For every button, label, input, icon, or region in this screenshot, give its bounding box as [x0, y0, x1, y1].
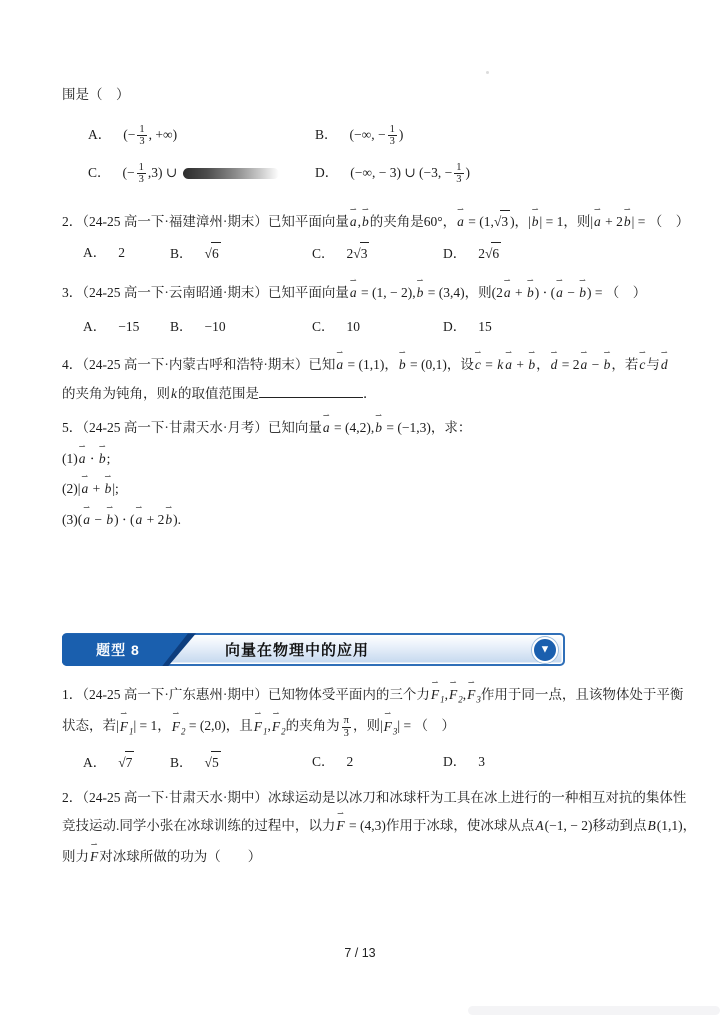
text-run: (−1, − 2)移动到点	[545, 818, 647, 833]
text-run: = 2	[558, 357, 579, 372]
vector-arrow-icon: ⇀	[336, 349, 343, 357]
text-run: + 2	[602, 214, 623, 229]
vector-symbol: F⇀3	[466, 687, 481, 702]
vector-letter: F⇀	[448, 684, 458, 706]
vector-symbol: b⇀	[164, 512, 173, 527]
vector-symbol: b⇀	[105, 512, 114, 527]
text-run: (−∞, − 3) ∪ (−3, −	[350, 165, 452, 180]
option-label: A．	[83, 319, 106, 334]
vector-symbol: b⇀	[361, 214, 370, 229]
vector-arrow-icon: ⇀	[99, 443, 106, 451]
vector-letter: b⇀	[164, 509, 173, 531]
vector-arrow-icon: ⇀	[579, 277, 586, 285]
option-label: D．	[443, 246, 466, 261]
vector-symbol: F⇀2	[448, 687, 463, 702]
vector-symbol: b⇀	[98, 451, 107, 466]
fraction-denominator: 3	[342, 728, 351, 739]
vector-letter: a⇀	[504, 354, 513, 376]
option-label: B．	[170, 755, 193, 770]
vector-symbol: a⇀	[135, 512, 144, 527]
text-run: = (−1,3)，求：	[383, 420, 471, 435]
text-run: 2．（24-25 高一下·福建漳州·期末）已知平面向量	[62, 214, 349, 229]
worksheet-page: 围是（ ）A．(−13, +∞)B．(−∞, −13)C．(−13,3) ∪D．…	[0, 0, 720, 1018]
vector-letter: a⇀	[456, 211, 465, 233]
text-run: = (3,4)，则(2	[424, 285, 502, 300]
physics-q2-line-2: 竞技运动.同学小张在冰球训练的过程中，以力F⇀ = (4,3)作用于冰球，使冰球…	[62, 815, 662, 837]
text-run: 对冰球所做的功为（ ）	[99, 849, 261, 864]
vector-letter: F⇀	[89, 846, 99, 868]
answer-blank-line	[259, 384, 363, 399]
vector-arrow-icon: ⇀	[661, 349, 668, 357]
vector-arrow-icon: ⇀	[273, 710, 280, 718]
text-run: −	[91, 512, 105, 527]
radicand: 5	[211, 751, 221, 774]
question-3-stem: 3．（24-25 高一下·云南昭通·期末）已知平面向量a⇀ = (1, − 2)…	[62, 282, 662, 304]
text-run: (−∞, −	[350, 127, 386, 142]
vector-letter: a⇀	[593, 211, 602, 233]
option-c: C．10	[312, 316, 443, 338]
text-run: ,3) ∪	[148, 165, 177, 180]
vector-symbol: a⇀	[504, 357, 513, 372]
text-run: −	[588, 357, 602, 372]
text-run: +	[512, 285, 526, 300]
option-b: B．(−∞, −13)	[315, 124, 403, 148]
radicand: 3	[500, 210, 510, 233]
square-root: √5	[205, 755, 221, 770]
option-label: B．	[170, 319, 193, 334]
vector-arrow-icon: ⇀	[323, 412, 330, 420]
option-label: C．	[312, 754, 335, 769]
text-run: 2	[478, 246, 485, 261]
text-run: )，|	[510, 214, 531, 229]
option-a: A．√7	[83, 751, 170, 774]
vector-letter: b⇀	[361, 211, 370, 233]
question-4-line-2: 的夹角为钝角，则k的取值范围是．	[62, 383, 662, 405]
italic-variable: B	[646, 818, 656, 833]
option-label: C．	[312, 319, 335, 334]
option-label: A．	[83, 755, 106, 770]
text-run: 1．（24-25 高一下·广东惠州·期中）已知物体受平面内的三个力	[62, 687, 430, 702]
option-label: A．	[88, 127, 111, 142]
vector-letter: a⇀	[349, 211, 358, 233]
option-a: A．(−13, +∞)	[88, 124, 315, 148]
text-run: = (0,1)，设	[407, 357, 474, 372]
fraction-denominator: 3	[137, 136, 146, 147]
vector-arrow-icon: ⇀	[79, 443, 86, 451]
question-5-part-2: (2)|a⇀ + b⇀|;	[62, 478, 662, 500]
page-number: 7 / 13	[0, 946, 720, 960]
vector-letter: F⇀	[253, 716, 263, 738]
vector-symbol: F⇀2	[271, 719, 286, 734]
fraction: 13	[137, 124, 146, 148]
option-label: C．	[88, 165, 111, 180]
text-run: −10	[205, 319, 226, 334]
fraction-denominator: 3	[137, 174, 146, 185]
fraction: 13	[454, 162, 463, 186]
vector-arrow-icon: ⇀	[173, 710, 180, 718]
vector-arrow-icon: ⇀	[106, 504, 113, 512]
vector-arrow-icon: ⇀	[505, 349, 512, 357]
vector-arrow-icon: ⇀	[350, 206, 357, 214]
vector-letter: a⇀	[80, 478, 89, 500]
topic-tag-label: 题型 8	[96, 640, 154, 660]
option-b: B．−10	[170, 316, 312, 338]
vector-symbol: F⇀1	[119, 719, 134, 734]
vector-arrow-icon: ⇀	[551, 349, 558, 357]
options-row-ab: A．(−13, +∞)B．(−∞, −13)	[62, 118, 662, 154]
vector-arrow-icon: ⇀	[532, 206, 539, 214]
vector-letter: b⇀	[526, 282, 535, 304]
vector-symbol: a⇀	[78, 451, 87, 466]
radicand: 7	[125, 751, 135, 774]
vector-arrow-icon: ⇀	[135, 504, 142, 512]
vector-arrow-icon: ⇀	[350, 277, 357, 285]
vector-letter: F⇀	[119, 716, 129, 738]
option-label: D．	[315, 165, 338, 180]
vector-letter: F⇀	[383, 716, 393, 738]
vector-symbol: a⇀	[335, 357, 344, 372]
vector-symbol: b⇀	[623, 214, 632, 229]
vector-arrow-icon: ⇀	[384, 710, 391, 718]
vector-symbol: b⇀	[416, 285, 425, 300]
vector-arrow-icon: ⇀	[457, 206, 464, 214]
option-label: B．	[170, 246, 193, 261]
italic-variable: k	[170, 386, 178, 401]
vector-letter: a⇀	[135, 509, 144, 531]
fraction-numerator: 1	[388, 124, 397, 136]
text-run: |;	[112, 481, 118, 496]
option-label: C．	[312, 246, 335, 261]
text-run: =	[482, 357, 496, 372]
text-run: ) ⋅ (	[535, 285, 555, 300]
vector-letter: F⇀	[171, 716, 181, 738]
text-run: 3．（24-25 高一下·云南昭通·期末）已知平面向量	[62, 285, 349, 300]
square-root: √3	[353, 246, 369, 261]
collapse-button[interactable]: ▼	[532, 637, 558, 663]
option-c: C．2	[312, 751, 443, 773]
vector-arrow-icon: ⇀	[580, 349, 587, 357]
fraction-numerator: 1	[137, 124, 146, 136]
text-run: 的夹角为钝角，则	[62, 386, 170, 401]
physics-q1-options: A．√7B．√5C．2D．3	[62, 749, 662, 775]
vector-letter: a⇀	[555, 282, 564, 304]
vector-arrow-icon: ⇀	[81, 473, 88, 481]
vector-symbol: b⇀	[398, 357, 407, 372]
text-run: + 2	[143, 512, 164, 527]
text-run: 的夹角为	[286, 719, 340, 734]
question-2-stem: 2．（24-25 高一下·福建漳州·期末）已知平面向量a⇀,b⇀的夹角是60°，…	[62, 210, 662, 233]
vector-arrow-icon: ⇀	[527, 277, 534, 285]
vector-letter: b⇀	[98, 448, 107, 470]
option-d: D．15	[443, 316, 492, 338]
text-run: ⋅	[87, 451, 98, 466]
worksheet-content: 围是（ ）A．(−13, +∞)B．(−∞, −13)C．(−13,3) ∪D．…	[0, 0, 720, 868]
option-d: D．3	[443, 751, 485, 773]
vector-arrow-icon: ⇀	[556, 277, 563, 285]
text-run: 5．（24-25 高一下·甘肃天水·月考）已知向量	[62, 420, 322, 435]
question-2-options: A．2B．√6C．2√3D．2√6	[62, 240, 662, 266]
vector-symbol: F⇀	[335, 818, 345, 833]
fraction-denominator: 3	[388, 136, 397, 147]
option-label: D．	[443, 754, 466, 769]
square-root: √7	[118, 755, 134, 770]
text-run: = (2,0)，且	[186, 719, 253, 734]
text-run: (3)(	[62, 512, 82, 527]
vector-letter: d⇀	[550, 354, 559, 376]
text-run: 与	[646, 357, 660, 372]
vector-letter: b⇀	[374, 417, 383, 439]
physics-questions-section: 1．（24-25 高一下·广东惠州·期中）已知物体受平面内的三个力F⇀1,F⇀2…	[62, 684, 662, 868]
text-run: ) ⋅ (	[114, 512, 134, 527]
vector-letter: a⇀	[78, 448, 87, 470]
radicand: 3	[360, 242, 370, 265]
vector-symbol: b⇀	[104, 481, 113, 496]
vector-letter: c⇀	[474, 354, 482, 376]
vector-arrow-icon: ⇀	[254, 710, 261, 718]
vector-arrow-icon: ⇀	[91, 841, 98, 849]
fraction-denominator: 3	[454, 174, 463, 185]
question-3-options: A．−15B．−10C．10D．15	[62, 314, 662, 340]
vector-letter: b⇀	[104, 478, 113, 500]
text-run: 2	[118, 245, 125, 260]
text-run: (−	[123, 127, 135, 142]
text-run: 状态，若|	[62, 719, 119, 734]
vector-symbol: a⇀	[349, 285, 358, 300]
square-root: √6	[485, 246, 501, 261]
topic-title: 向量在物理中的应用	[225, 633, 369, 666]
vector-symbol: a⇀	[322, 420, 331, 435]
physics-q2-line-1: 2．（24-25 高一下·甘肃天水·期中）冰球运动是以冰刀和冰球杆为工具在冰上进…	[62, 787, 662, 809]
vector-symbol: a⇀	[82, 512, 91, 527]
text-run: 作用于同一点，且该物体处于平衡	[481, 687, 684, 702]
fraction-numerator: π	[342, 715, 351, 727]
vector-letter: b⇀	[105, 509, 114, 531]
vector-letter: b⇀	[623, 211, 632, 233]
option-a: A．2	[83, 242, 170, 264]
text-run: −15	[118, 319, 139, 334]
vector-symbol: F⇀1	[430, 687, 445, 702]
vector-symbol: b⇀	[527, 357, 536, 372]
vector-arrow-icon: ⇀	[504, 277, 511, 285]
topic-banner: 题型 8 向量在物理中的应用 ▼	[62, 633, 565, 666]
text-run: 的取值范围是	[178, 386, 259, 401]
vector-arrow-icon: ⇀	[639, 349, 646, 357]
vector-letter: F⇀	[271, 716, 281, 738]
vector-arrow-icon: ⇀	[468, 679, 475, 687]
vector-symbol: a⇀	[503, 285, 512, 300]
vector-arrow-icon: ⇀	[399, 349, 406, 357]
scan-speck	[486, 71, 489, 74]
physics-q2-line-3: 则力F⇀对冰球所做的功为（ ）	[62, 846, 662, 868]
square-root: √3	[494, 214, 510, 229]
vector-symbol: b⇀	[531, 214, 540, 229]
option-c: C．2√3	[312, 242, 443, 265]
fraction: 13	[388, 124, 397, 148]
vector-symbol: d⇀	[660, 357, 669, 372]
vector-letter: a⇀	[335, 354, 344, 376]
vector-arrow-icon: ⇀	[337, 810, 344, 818]
vector-questions-section: 围是（ ）A．(−13, +∞)B．(−∞, −13)C．(−13,3) ∪D．…	[62, 84, 662, 530]
vector-arrow-icon: ⇀	[120, 710, 127, 718]
text-run: 围是（ ）	[62, 87, 130, 102]
vector-arrow-icon: ⇀	[83, 504, 90, 512]
text-run: = (4,2),	[331, 420, 375, 435]
vector-letter: a⇀	[82, 509, 91, 531]
text-run: (−	[123, 165, 135, 180]
text-run: = (4,3)作用于冰球，使冰球从点	[346, 818, 535, 833]
vector-symbol: F⇀2	[171, 719, 186, 734]
vector-symbol: F⇀	[89, 849, 99, 864]
option-label: D．	[443, 319, 466, 334]
italic-variable: A	[534, 818, 544, 833]
vector-symbol: a⇀	[456, 214, 465, 229]
option-b: B．√6	[170, 242, 312, 265]
vector-arrow-icon: ⇀	[604, 349, 611, 357]
text-run: +	[513, 357, 527, 372]
text-run: 竞技运动.同学小张在冰球训练的过程中，以力	[62, 818, 335, 833]
text-run: , +∞)	[149, 127, 177, 142]
down-triangle-icon: ▼	[540, 645, 551, 656]
vector-symbol: c⇀	[638, 357, 646, 372]
text-run: (1)	[62, 451, 78, 466]
fraction: π3	[342, 715, 351, 739]
question-4-line-1: 4．（24-25 高一下·内蒙古呼和浩特·期末）已知a⇀ = (1,1)，b⇀ …	[62, 354, 662, 376]
scan-shadow-bar	[468, 1006, 720, 1015]
vector-arrow-icon: ⇀	[165, 504, 172, 512]
vector-letter: F⇀	[430, 684, 440, 706]
text-run: = (1,	[465, 214, 494, 229]
radicand: 6	[211, 242, 221, 265]
vector-symbol: F⇀3	[383, 719, 398, 734]
text-run: )	[466, 165, 471, 180]
physics-q1-line-2: 状态，若|F⇀1| = 1，F⇀2 = (2,0)，且F⇀1,F⇀2的夹角为π3…	[62, 715, 662, 739]
vector-letter: c⇀	[638, 354, 646, 376]
vector-symbol: a⇀	[80, 481, 89, 496]
vector-arrow-icon: ⇀	[450, 679, 457, 687]
text-run: 10	[347, 319, 361, 334]
question-5-part-3: (3)(a⇀ − b⇀) ⋅ (a⇀ + 2b⇀).	[62, 509, 662, 531]
text-run: ，若	[611, 357, 638, 372]
text-run: 15	[478, 319, 492, 334]
vector-letter: a⇀	[322, 417, 331, 439]
text-run: | = （ ）	[397, 719, 455, 734]
vector-symbol: a⇀	[555, 285, 564, 300]
vector-symbol: a⇀	[579, 357, 588, 372]
fraction: 13	[137, 162, 146, 186]
vector-symbol: b⇀	[374, 420, 383, 435]
vector-letter: a⇀	[579, 354, 588, 376]
option-label: A．	[83, 245, 106, 260]
vector-symbol: c⇀	[474, 357, 482, 372]
text-run: ) = （ ）	[587, 285, 646, 300]
vector-arrow-icon: ⇀	[624, 206, 631, 214]
vector-letter: F⇀	[335, 815, 345, 837]
vector-letter: a⇀	[349, 282, 358, 304]
vector-arrow-icon: ⇀	[594, 206, 601, 214]
option-c: C．(−13,3) ∪	[88, 162, 315, 186]
option-label: B．	[315, 127, 338, 142]
vector-symbol: b⇀	[526, 285, 535, 300]
text-run: ，	[536, 357, 550, 372]
text-run: = (1, − 2),	[358, 285, 416, 300]
text-run: 的夹角是60°，	[370, 214, 456, 229]
text-run: ．	[363, 386, 377, 401]
text-run: = (1,1)，	[344, 357, 398, 372]
vector-arrow-icon: ⇀	[362, 206, 369, 214]
vector-arrow-icon: ⇀	[105, 473, 112, 481]
text-run: (2)|	[62, 481, 80, 496]
text-run: 4．（24-25 高一下·内蒙古呼和浩特·期末）已知	[62, 357, 335, 372]
redacted-smudge	[183, 168, 279, 179]
vector-letter: F⇀	[466, 684, 476, 706]
option-a: A．−15	[83, 316, 170, 338]
text-run: ).	[173, 512, 181, 527]
vector-symbol: d⇀	[550, 357, 559, 372]
text-run: 2	[347, 754, 354, 769]
vector-letter: b⇀	[578, 282, 587, 304]
fraction-numerator: 1	[454, 162, 463, 174]
text-run: ，则|	[353, 719, 383, 734]
question-5-stem: 5．（24-25 高一下·甘肃天水·月考）已知向量a⇀ = (4,2),b⇀ =…	[62, 417, 662, 439]
text-run: )	[399, 127, 404, 142]
vector-letter: b⇀	[531, 211, 540, 233]
text-run: | = 1，则|	[540, 214, 594, 229]
options-row-cd: C．(−13,3) ∪D．(−∞, − 3) ∪ (−3, −13)	[62, 156, 662, 192]
option-d: D．2√6	[443, 242, 501, 265]
physics-q1-line-1: 1．（24-25 高一下·广东惠州·期中）已知物体受平面内的三个力F⇀1,F⇀2…	[62, 684, 662, 707]
vector-symbol: a⇀	[593, 214, 602, 229]
vector-letter: a⇀	[503, 282, 512, 304]
text-run: +	[89, 481, 103, 496]
vector-arrow-icon: ⇀	[375, 412, 382, 420]
vector-symbol: b⇀	[603, 357, 612, 372]
text-run: 3	[478, 754, 485, 769]
vector-letter: b⇀	[398, 354, 407, 376]
vector-arrow-icon: ⇀	[474, 349, 481, 357]
intro-line: 围是（ ）	[62, 84, 662, 106]
option-b: B．√5	[170, 751, 312, 774]
vector-arrow-icon: ⇀	[528, 349, 535, 357]
vector-letter: b⇀	[527, 354, 536, 376]
fraction-numerator: 1	[137, 162, 146, 174]
option-d: D．(−∞, − 3) ∪ (−3, −13)	[315, 162, 470, 186]
text-run: −	[564, 285, 578, 300]
radicand: 6	[491, 242, 501, 265]
square-root: √6	[205, 246, 221, 261]
vector-symbol: a⇀	[349, 214, 358, 229]
vector-letter: b⇀	[416, 282, 425, 304]
text-run: 2．（24-25 高一下·甘肃天水·期中）冰球运动是以冰刀和冰球杆为工具在冰上进…	[62, 790, 686, 805]
text-run: | = 1，	[133, 719, 170, 734]
vector-arrow-icon: ⇀	[417, 277, 424, 285]
text-run: ;	[107, 451, 111, 466]
vector-letter: d⇀	[660, 354, 669, 376]
vector-symbol: b⇀	[578, 285, 587, 300]
text-run: | = （ ）	[632, 214, 690, 229]
vector-arrow-icon: ⇀	[432, 679, 439, 687]
text-run: (1,1)，	[657, 818, 696, 833]
vector-letter: b⇀	[603, 354, 612, 376]
question-5-part-1: (1)a⇀ ⋅ b⇀;	[62, 448, 662, 470]
text-run: 则力	[62, 849, 89, 864]
vector-symbol: F⇀1	[253, 719, 268, 734]
